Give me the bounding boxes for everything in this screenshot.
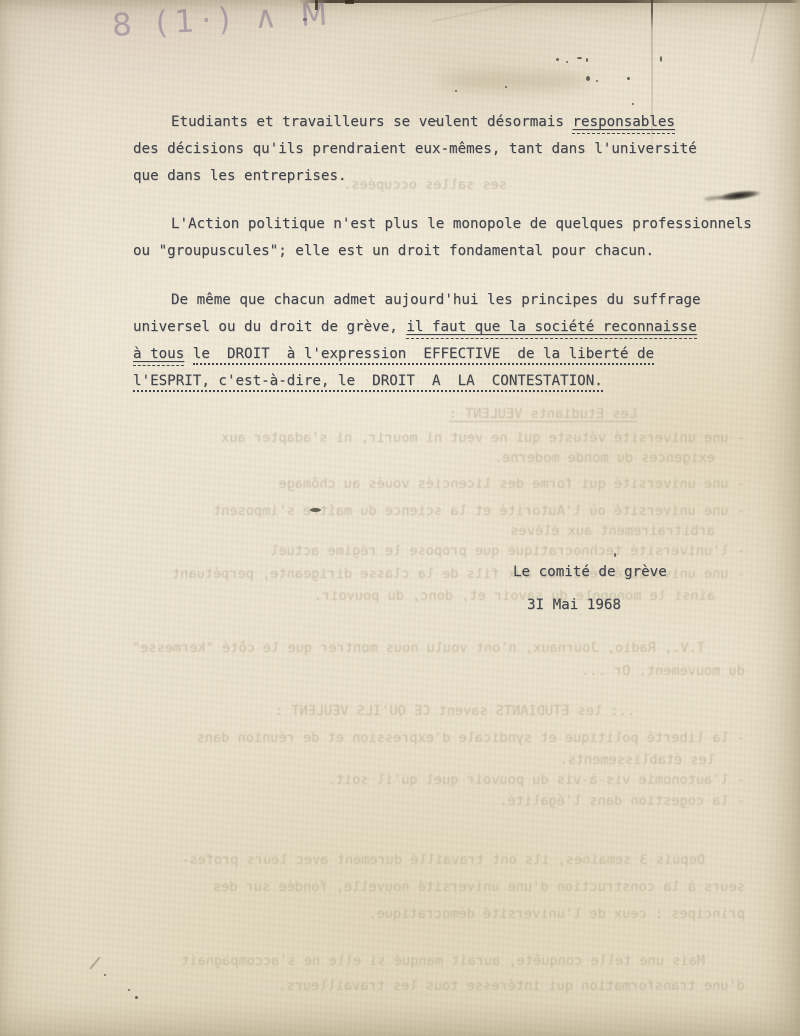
typed-line: L'Action politique n'est plus le monopol… — [133, 211, 752, 238]
typed-line: ou "groupuscules"; elle est un droit fon… — [133, 238, 752, 265]
typed-text-layer: Etudiants et travailleurs se veulent dés… — [0, 0, 800, 1036]
signature-committee-line: Le comité de grève — [513, 559, 667, 586]
typed-paragraph: L'Action politique n'est plus le monopol… — [133, 211, 752, 265]
text-segment: que dans les entreprises. — [133, 168, 347, 184]
typed-line: que dans les entreprises. — [133, 163, 697, 190]
typed-paragraph: Etudiants et travailleurs se veulent dés… — [133, 109, 697, 190]
typed-line: l'ESPRIT, c'est-à-dire, le DROIT A LA CO… — [133, 368, 701, 395]
text-segment: des décisions qu'ils prendraient eux-mêm… — [133, 141, 697, 157]
text-segment: ou "groupuscules"; elle est un droit fon… — [133, 243, 654, 259]
text-segment: L'Action politique n'est plus le monopol… — [171, 216, 752, 232]
typed-line: Etudiants et travailleurs se veulent dés… — [133, 109, 697, 136]
underlined-text: le DROIT à l'expression EFFECTIVE de la … — [193, 346, 654, 365]
underlined-text: responsables — [572, 114, 675, 134]
typed-line: De même que chacun admet aujourd'hui les… — [133, 287, 701, 314]
underlined-text: l'ESPRIT, c'est-à-dire, le DROIT A LA CO… — [133, 373, 603, 392]
scanned-document-page: ses salles occupées.Les Etudiants VEULEN… — [0, 0, 800, 1036]
underlined-text: à tous — [133, 346, 184, 366]
text-segment: De même que chacun admet aujourd'hui les… — [171, 292, 701, 308]
text-segment: Etudiants et travailleurs se veulent dés… — [171, 114, 572, 130]
typed-line: des décisions qu'ils prendraient eux-mêm… — [133, 136, 697, 163]
typed-line: universel ou du droit de grève, il faut … — [133, 314, 701, 341]
text-segment — [184, 346, 193, 362]
typed-paragraph: De même que chacun admet aujourd'hui les… — [133, 287, 701, 395]
typed-line: à tous le DROIT à l'expression EFFECTIVE… — [133, 341, 701, 368]
underlined-text: il faut que la société reconnaisse — [406, 319, 696, 339]
signature-date-line: 3I Mai 1968 — [527, 592, 621, 619]
text-segment: universel ou du droit de grève, — [133, 319, 406, 335]
